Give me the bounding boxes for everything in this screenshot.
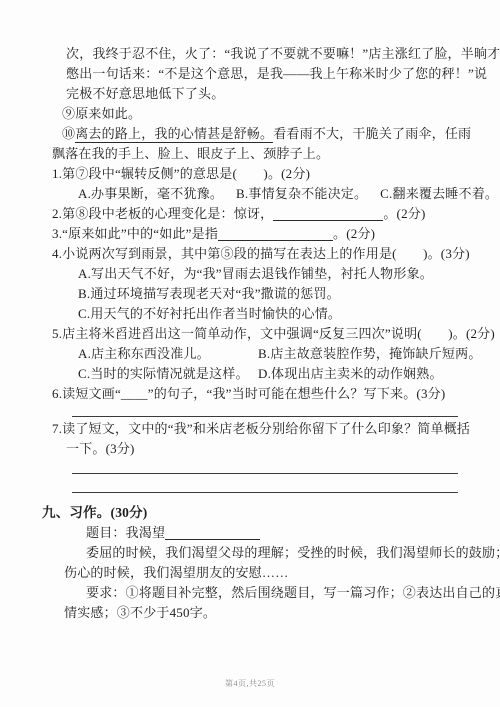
option-a: A.写出天气不好，为“我”冒雨去退钱作铺垫，衬托人物形象。 — [78, 264, 458, 284]
question-3: 3.“原来如此”中的“如此”是指。(2分) — [52, 224, 458, 244]
question-6: 6.读短文画“____”的句子，“我”当时可能在想些什么？写下来。(3分) — [52, 384, 458, 417]
essay-prompt-line: 伤心的时候，我们渴望朋友的安慰…… — [64, 563, 458, 583]
passage-line: 飘落在我的手上、脸上、眼皮子上、颈脖子上。 — [52, 144, 458, 164]
question-2: 2.第⑧段中老板的心理变化是：惊讶，。(2分) — [52, 204, 458, 224]
footer-page-number: 第4页,共25页 — [0, 674, 500, 694]
essay-prompt-line: 委屈的时候，我们渴望父母的理解；受挫的时候，我们渴望师长的鼓励； — [86, 543, 458, 563]
question-1: 1.第⑦段中“辗转反侧”的意思是( )。(2分) A.办事果断，毫不犹豫。 B.… — [52, 164, 458, 204]
question-2-suffix: 。(2分) — [383, 206, 425, 221]
paragraph-10-rest: 看看雨不大，干脆关了雨伞，任雨 — [273, 126, 471, 141]
question-7: 7.读了短文，文中的“我”和米店老板分别给你留下了什么印象？简单概括 一下。(3… — [52, 419, 458, 493]
question-7-text: 7.读了短文，文中的“我”和米店老板分别给你留下了什么印象？简单概括 — [52, 419, 458, 439]
passage-line: 完极不好意思地低下了头。 — [66, 84, 458, 104]
essay-title-text: 题目：我渴望 — [86, 525, 165, 540]
option-b: B.事情复杂不能决定。 — [236, 184, 367, 204]
essay-requirements-line: 要求：①将题目补完整，然后围绕题目，写一篇习作；②表达出自己的真 — [86, 583, 458, 603]
question-5-text: 5.店主将米舀进舀出这一简单动作，文中强调“反复三四次”说明( )。(2分) — [52, 324, 458, 344]
exam-page: 次，我终于忍不住，火了：“我说了不要就不要嘛！”店主涨红了脸，半晌才 憋出一句话… — [0, 0, 500, 707]
passage-line: 次，我终于忍不住，火了：“我说了不要就不要嘛！”店主涨红了脸，半晌才 — [66, 44, 458, 64]
underlined-sentence: 离去的路上，我的心情甚是舒畅。 — [75, 126, 273, 143]
option-a: A.办事果断，毫不犹豫。 — [78, 184, 223, 204]
question-4-text: 4.小说两次写到雨景，其中第⑤段的描写在表达上的作用是( )。(3分) — [52, 244, 458, 264]
fill-in-blank — [218, 226, 333, 241]
question-1-options: A.办事果断，毫不犹豫。 B.事情复杂不能决定。 C.翻来覆去睡不着。 — [78, 184, 458, 204]
passage-line: 憋出一句话来：“不是这个意思，是我——我上午称米时少了您的秤！”说 — [66, 64, 458, 84]
question-1-text: 1.第⑦段中“辗转反侧”的意思是( )。(2分) — [52, 164, 458, 184]
question-3-text: 3.“原来如此”中的“如此”是指 — [52, 226, 218, 241]
reading-passage: 次，我终于忍不住，火了：“我说了不要就不要嘛！”店主涨红了脸，半晌才 憋出一句话… — [52, 44, 458, 164]
answer-line — [72, 404, 458, 417]
answer-line — [72, 474, 458, 493]
fill-in-blank — [273, 206, 383, 221]
question-7-text-continued: 一下。(3分) — [66, 439, 458, 459]
essay-title-line: 题目：我渴望 — [86, 523, 458, 543]
question-3-suffix: 。(2分) — [333, 226, 375, 241]
paragraph-10-marker: ⑩ — [62, 126, 75, 141]
passage-paragraph-10: ⑩离去的路上，我的心情甚是舒畅。看看雨不大，干脆关了雨伞，任雨 — [62, 124, 458, 144]
composition-section: 九、习作。(30分) 题目：我渴望 委屈的时候，我们渴望父母的理解；受挫的时候，… — [52, 503, 458, 623]
question-4: 4.小说两次写到雨景，其中第⑤段的描写在表达上的作用是( )。(3分) A.写出… — [52, 244, 458, 324]
option-c: C.当时的实际情况就是这样。 — [78, 364, 258, 384]
option-d: D.体现出店主卖米的动作娴熟。 — [258, 364, 482, 384]
option-c: C.用天气的不好衬托出作者当时愉快的心情。 — [78, 304, 458, 324]
option-a: A.店主称东西没准儿。 — [78, 344, 258, 364]
option-b: B.通过环境描写表现老天对“我”撒谎的惩罚。 — [78, 284, 458, 304]
answer-line — [72, 459, 458, 474]
section-header-composition: 九、习作。(30分) — [42, 503, 458, 523]
title-fill-in-blank — [165, 525, 260, 540]
question-5-options: A.店主称东西没准儿。 B.店主故意装腔作势，掩饰缺斤短两。 C.当时的实际情况… — [78, 344, 458, 384]
essay-requirements-line: 情实感；③不少于450字。 — [64, 603, 458, 623]
question-5: 5.店主将米舀进舀出这一简单动作，文中强调“反复三四次”说明( )。(2分) A… — [52, 324, 458, 384]
passage-paragraph-9: ⑨原来如此。 — [62, 104, 458, 124]
option-b: B.店主故意装腔作势，掩饰缺斤短两。 — [258, 344, 482, 364]
question-2-text: 2.第⑧段中老板的心理变化是：惊讶， — [52, 206, 273, 221]
question-6-text: 6.读短文画“____”的句子，“我”当时可能在想些什么？写下来。(3分) — [52, 384, 458, 404]
option-c: C.翻来覆去睡不着。 — [380, 184, 498, 204]
